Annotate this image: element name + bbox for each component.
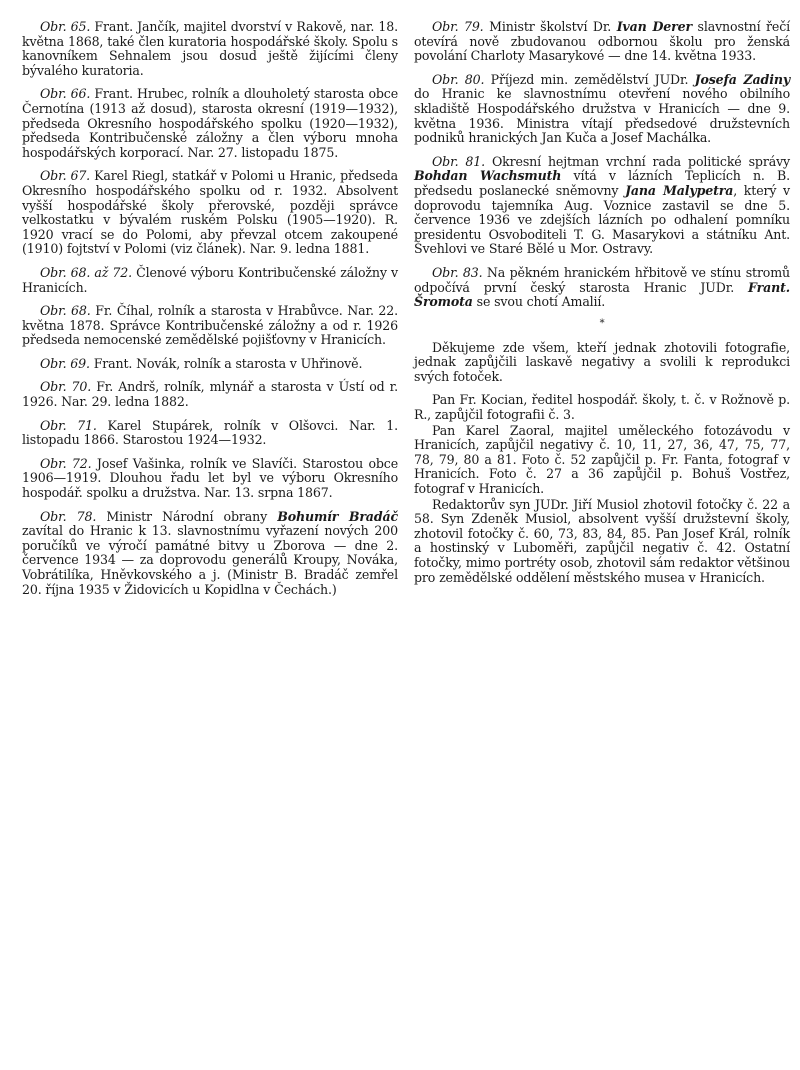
acknowledgement-zaoral: Pan Karel Zaoral, majitel uměleckého fot… (414, 424, 790, 497)
caption-obr-79: Obr. 79. Ministr školství Dr. Ivan Derer… (414, 20, 790, 64)
person-name: Ivan Derer (617, 19, 692, 34)
section-separator-asterisk: * (414, 319, 790, 329)
caption-text: Okresní hejtman vrchní rada politické sp… (485, 154, 790, 169)
caption-obr-66: Obr. 66. Frant. Hrubec, rolník a dlouhol… (22, 87, 398, 160)
figure-label: Obr. 80. (432, 72, 484, 87)
acknowledgement-kocian: Pan Fr. Kocian, ředitel hospodář. školy,… (414, 393, 790, 422)
figure-label: Obr. 79. (432, 19, 484, 34)
person-name: Bohdan Wachsmuth (414, 168, 561, 183)
caption-obr-72: Obr. 72. Josef Vašinka, rolník ve Slavíč… (22, 457, 398, 501)
figure-label: Obr. 66. (40, 86, 90, 101)
caption-text: Frant. Novák, rolník a starosta v Uhřino… (90, 356, 362, 371)
caption-obr-70: Obr. 70. Fr. Andrš, rolník, mlynář a sta… (22, 380, 398, 409)
caption-obr-69: Obr. 69. Frant. Novák, rolník a starosta… (22, 357, 398, 372)
figure-label: Obr. 70. (40, 379, 91, 394)
caption-obr-80: Obr. 80. Příjezd min. zemědělství JUDr. … (414, 73, 790, 146)
person-name: Jana Malypetra (625, 183, 733, 198)
figure-label: Obr. 68. (40, 303, 91, 318)
figure-label: Obr. 68. až 72. (40, 265, 132, 280)
caption-text: Ministr školství Dr. (484, 19, 617, 34)
figure-label: Obr. 71. (40, 418, 97, 433)
figure-label: Obr. 83. (432, 265, 482, 280)
acknowledgement-musiol: Redaktorův syn JUDr. Jiří Musiol zhotovi… (414, 498, 790, 586)
caption-text: Příjezd min. zemědělství JUDr. (484, 72, 694, 87)
figure-label: Obr. 72. (40, 456, 91, 471)
caption-text: zavítal do Hranic k 13. slavnostnímu vyř… (22, 523, 398, 596)
figure-label: Obr. 69. (40, 356, 90, 371)
right-column: Obr. 79. Ministr školství Dr. Ivan Derer… (414, 20, 790, 586)
caption-obr-78: Obr. 78. Ministr Národní obrany Bohumír … (22, 510, 398, 598)
caption-obr-65: Obr. 65. Frant. Jančík, majitel dvorství… (22, 20, 398, 78)
figure-label: Obr. 78. (40, 509, 96, 524)
figure-label: Obr. 81. (432, 154, 485, 169)
acknowledgement-intro: Děkujeme zde všem, kteří jednak zhotovil… (414, 341, 790, 385)
caption-obr-68-72-heading: Obr. 68. až 72. Členové výboru Kontribuč… (22, 266, 398, 295)
figure-label: Obr. 67. (40, 168, 90, 183)
figure-label: Obr. 65. (40, 19, 90, 34)
caption-obr-68: Obr. 68. Fr. Číhal, rolník a starosta v … (22, 304, 398, 348)
caption-text: do Hranic ke slavnostnímu otevření novéh… (414, 86, 790, 145)
caption-obr-81: Obr. 81. Okresní hejtman vrchní rada pol… (414, 155, 790, 257)
left-column: Obr. 65. Frant. Jančík, majitel dvorství… (22, 20, 398, 606)
caption-text: Ministr Národní obrany (96, 509, 277, 524)
caption-text: se svou chotí Amalií. (473, 294, 605, 309)
person-name: Bohumír Bradáč (277, 509, 398, 524)
person-name: Josefa Zadiny (695, 72, 790, 87)
caption-obr-83: Obr. 83. Na pěkném hranickém hřbitově ve… (414, 266, 790, 310)
caption-obr-67: Obr. 67. Karel Riegl, statkář v Polomi u… (22, 169, 398, 257)
caption-obr-71: Obr. 71. Karel Stupárek, rolník v Olšovc… (22, 419, 398, 448)
